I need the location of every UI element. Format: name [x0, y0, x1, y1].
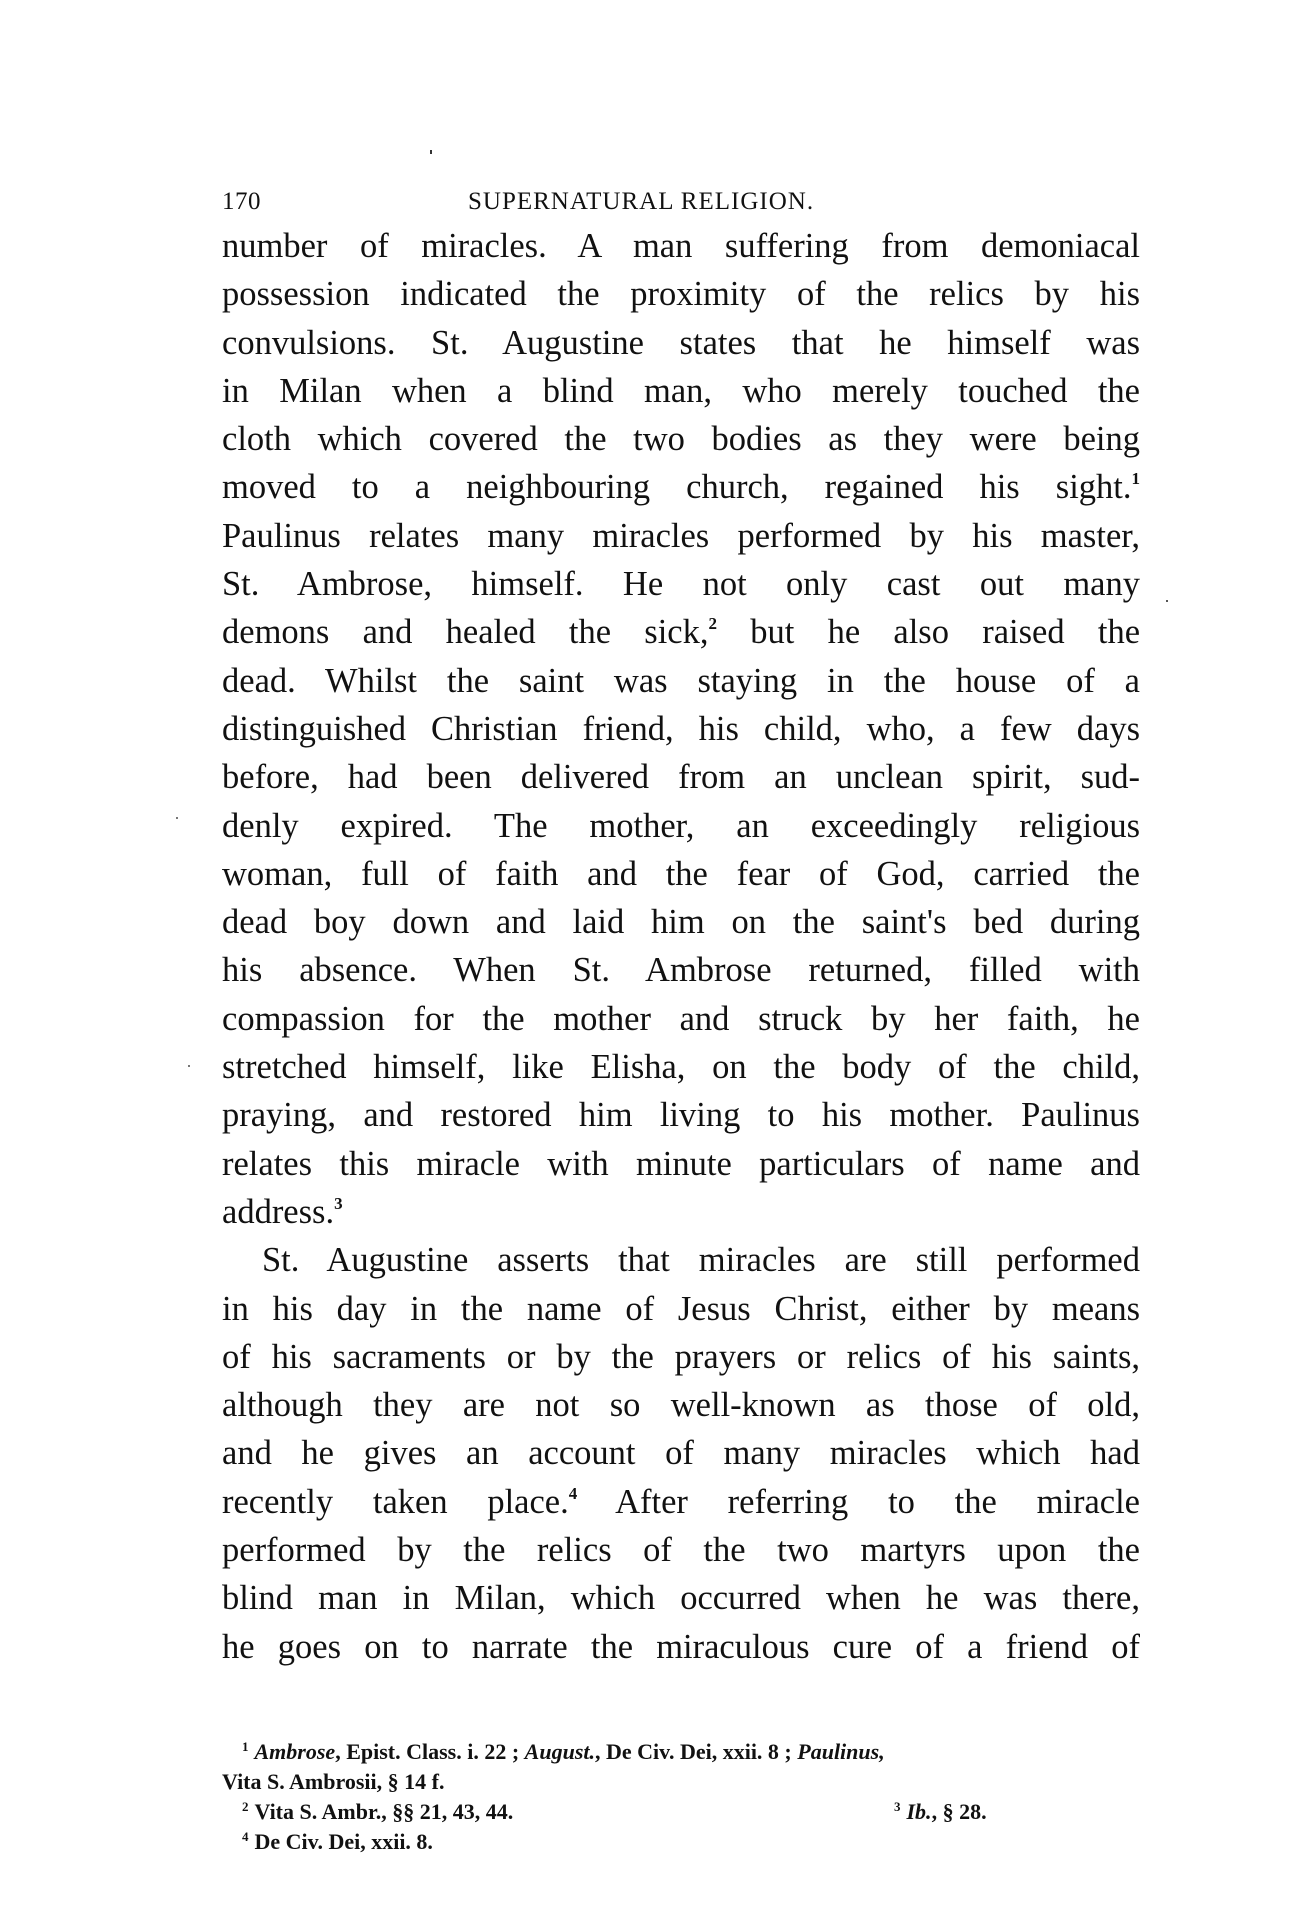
text-line: dead. Whilst the saint was staying in th… [222, 657, 1140, 705]
text-line: although they are not so well-known as t… [222, 1381, 1140, 1429]
footnote-mark: 4 [242, 1829, 249, 1844]
footnote-1: 1Ambrose, Epist. Class. i. 22 ; August.,… [222, 1737, 1140, 1767]
text-line: compassion for the mother and struck by … [222, 995, 1140, 1043]
footnote-author: Paulinus, [797, 1739, 884, 1764]
line-text: St. Ambrose, himself. He not only cast o… [222, 565, 1140, 603]
line-text: he goes on to narrate the miraculous cur… [222, 1628, 1140, 1666]
text-line: Paulinus relates many miracles performed… [222, 512, 1140, 560]
scan-speck [188, 1065, 190, 1067]
page-number: 170 [222, 188, 261, 216]
line-text: in Milan when a blind man, who merely to… [222, 372, 1140, 410]
line-text: cloth which covered the two bodies as th… [222, 420, 1140, 458]
line-text: dead. Whilst the saint was staying in th… [222, 662, 1140, 700]
text-line: blind man in Milan, which occurred when … [222, 1574, 1140, 1622]
line-text: possession indicated the proximity of th… [222, 275, 1140, 313]
footnote-reference: 3 [334, 1194, 343, 1213]
line-text: Paulinus relates many miracles performed… [222, 517, 1140, 555]
line-text: St. Augustine asserts that miracles are … [262, 1241, 1140, 1279]
line-text: praying, and restored him living to his … [222, 1096, 1140, 1134]
footnote-1-continued: Vita S. Ambrosii, § 14 f. [222, 1767, 1140, 1797]
text-line: performed by the relics of the two marty… [222, 1526, 1140, 1574]
line-text: of his sacraments or by the prayers or r… [222, 1338, 1140, 1376]
text-line: number of miracles. A man suffering from… [222, 222, 1140, 270]
line-text: his absence. When St. Ambrose returned, … [222, 951, 1140, 989]
footnote-ref: , Epist. Class. i. 22 ; [335, 1739, 524, 1764]
line-text: recently taken place. [222, 1483, 569, 1521]
line-text: and he gives an account of many miracles… [222, 1434, 1140, 1472]
text-line: denly expired. The mother, an exceedingl… [222, 802, 1140, 850]
text-line: praying, and restored him living to his … [222, 1091, 1140, 1139]
text-line: recently taken place.4 After referring t… [222, 1478, 1140, 1526]
line-text: in his day in the name of Jesus Christ, … [222, 1290, 1140, 1328]
line-text: moved to a neighbouring church, regained… [222, 468, 1132, 506]
footnote-text: De Civ. Dei, xxii. 8. [255, 1829, 433, 1854]
footnote-reference: 1 [1132, 469, 1141, 488]
line-text: distinguished Christian friend, his chil… [222, 710, 1140, 748]
text-line: demons and healed the sick,2 but he also… [222, 608, 1140, 656]
footnote-mark: 2 [242, 1799, 249, 1814]
line-text: stretched himself, like Elisha, on the b… [222, 1048, 1140, 1086]
text-line: convulsions. St. Augustine states that h… [222, 319, 1140, 367]
line-text: number of miracles. A man suffering from… [222, 227, 1140, 265]
footnote-row: 2Vita S. Ambr., §§ 21, 43, 44. 3Ib., § 2… [222, 1797, 1140, 1827]
footnote-text: Vita S. Ambr., §§ 21, 43, 44. [255, 1799, 514, 1824]
text-line: address.3 [222, 1188, 1140, 1236]
line-text: convulsions. St. Augustine states that h… [222, 324, 1140, 362]
footnote-author: August. [525, 1739, 595, 1764]
text-line: dead boy down and laid him on the saint'… [222, 898, 1140, 946]
line-text: dead boy down and laid him on the saint'… [222, 903, 1140, 941]
line-text: before, had been delivered from an uncle… [222, 758, 1140, 796]
scan-speck [176, 817, 178, 819]
text-line: possession indicated the proximity of th… [222, 270, 1140, 318]
text-line: in Milan when a blind man, who merely to… [222, 367, 1140, 415]
footnote-ref: , De Civ. Dei, xxii. 8 ; [595, 1739, 797, 1764]
text-line: his absence. When St. Ambrose returned, … [222, 946, 1140, 994]
footnote-3: 3Ib., § 28. [894, 1797, 987, 1827]
footnote-mark: 3 [894, 1799, 901, 1814]
footnote-author: Ambrose [255, 1739, 336, 1764]
footnote-ibid: Ib. [907, 1799, 932, 1824]
text-line: cloth which covered the two bodies as th… [222, 415, 1140, 463]
line-text: denly expired. The mother, an exceedingl… [222, 807, 1140, 845]
footnote-reference: 2 [709, 614, 718, 633]
text-line: in his day in the name of Jesus Christ, … [222, 1285, 1140, 1333]
running-header: 170 SUPERNATURAL RELIGION. [222, 188, 1137, 224]
footnote-reference: 4 [569, 1484, 578, 1503]
line-text: demons and healed the sick, [222, 613, 709, 651]
text-line: moved to a neighbouring church, regained… [222, 463, 1140, 511]
line-text: although they are not so well-known as t… [222, 1386, 1140, 1424]
line-text: address. [222, 1193, 334, 1231]
text-line: distinguished Christian friend, his chil… [222, 705, 1140, 753]
text-line: relates this miracle with minute particu… [222, 1140, 1140, 1188]
body-text: number of miracles. A man suffering from… [222, 222, 1140, 1671]
line-text: but he also raised the [717, 613, 1140, 651]
footnotes: 1Ambrose, Epist. Class. i. 22 ; August.,… [222, 1737, 1140, 1857]
text-line: of his sacraments or by the prayers or r… [222, 1333, 1140, 1381]
text-line: he goes on to narrate the miraculous cur… [222, 1623, 1140, 1671]
footnote-mark: 1 [242, 1739, 249, 1754]
text-line: St. Ambrose, himself. He not only cast o… [222, 560, 1140, 608]
line-text: blind man in Milan, which occurred when … [222, 1579, 1140, 1617]
text-line: and he gives an account of many miracles… [222, 1429, 1140, 1477]
line-text: performed by the relics of the two marty… [222, 1531, 1140, 1569]
footnote-text: , § 28. [932, 1799, 987, 1824]
text-line: woman, full of faith and the fear of God… [222, 850, 1140, 898]
line-text: relates this miracle with minute particu… [222, 1145, 1140, 1183]
line-text: compassion for the mother and struck by … [222, 1000, 1140, 1038]
footnote-2: 2Vita S. Ambr., §§ 21, 43, 44. [242, 1799, 513, 1824]
scan-speck [1166, 600, 1168, 602]
text-line: stretched himself, like Elisha, on the b… [222, 1043, 1140, 1091]
footnote-4: 4De Civ. Dei, xxii. 8. [222, 1827, 1140, 1857]
text-line: St. Augustine asserts that miracles are … [222, 1236, 1140, 1284]
text-line: before, had been delivered from an uncle… [222, 753, 1140, 801]
line-text: After referring to the miracle [577, 1483, 1140, 1521]
scan-speck [430, 150, 432, 154]
line-text: woman, full of faith and the fear of God… [222, 855, 1140, 893]
running-title: SUPERNATURAL RELIGION. [468, 188, 814, 216]
